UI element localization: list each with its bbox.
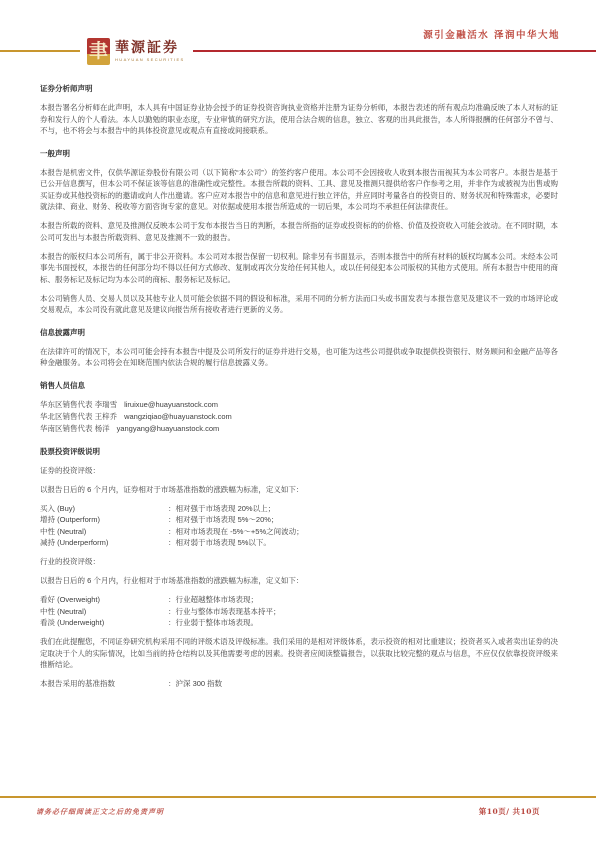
section-heading: 一般声明 [40, 148, 558, 160]
rating-definition: ：行业弱于整体市场表现。 [168, 617, 558, 629]
rating-label: 中性 (Neutral) [40, 526, 168, 538]
rating-row: 本报告采用的基准指数：沪深 300 指数 [40, 678, 558, 690]
document-body: 证券分析师声明本报告署名分析师在此声明，本人具有中国证券业协会授予的证券投资咨询… [40, 72, 558, 697]
paragraph: 以报告日后的 6 个月内，证券相对于市场基准指数的涨跌幅为标准，定义如下： [40, 484, 558, 496]
rating-label: 买入 (Buy) [40, 503, 168, 515]
company-name-en: HUAYUAN SECURITIES [115, 57, 185, 62]
rating-label: 增持 (Outperform) [40, 514, 168, 526]
rating-table: 买入 (Buy)：相对强于市场表现 20%以上；增持 (Outperform)：… [40, 503, 558, 549]
rating-row: 买入 (Buy)：相对强于市场表现 20%以上； [40, 503, 558, 515]
rating-label: 本报告采用的基准指数 [40, 678, 168, 690]
paragraph: 证券的投资评级： [40, 465, 558, 477]
rating-label: 减持 (Underperform) [40, 537, 168, 549]
sales-contact: 华南区销售代表 杨洋yangyang@huayuanstock.com [40, 423, 558, 435]
paragraph: 本报告所载的资料、意见及推测仅反映本公司于发布本报告当日的判断，本报告所指的证券… [40, 220, 558, 243]
rating-row: 中性 (Neutral)：相对市场表现在 -5%～+5%之间波动； [40, 526, 558, 538]
contact-role-name: 华东区销售代表 李瑞雪 [40, 400, 117, 409]
footer-page-info: 第10页/ 共10页 [479, 806, 540, 817]
paragraph: 本公司销售人员、交易人员以及其他专业人员可能会依据不同的假设和标准，采用不同的分… [40, 293, 558, 316]
section-heading: 销售人员信息 [40, 380, 558, 392]
rating-definition: ：相对强于市场表现 20%以上； [168, 503, 558, 515]
paragraph: 在法律许可的情况下，本公司可能会持有本报告中提及公司所发行的证券并进行交易，也可… [40, 346, 558, 369]
rating-table: 看好 (Overweight)：行业超越整体市场表现；中性 (Neutral)：… [40, 594, 558, 629]
rating-row: 看淡 (Underweight)：行业弱于整体市场表现。 [40, 617, 558, 629]
rating-row: 中性 (Neutral)：行业与整体市场表现基本持平； [40, 606, 558, 618]
paragraph: 以报告日后的 6 个月内，行业相对于市场基准指数的涨跌幅为标准，定义如下： [40, 575, 558, 587]
paragraph: 本报告署名分析师在此声明，本人具有中国证券业协会授予的证券投资咨询执业资格并注册… [40, 102, 558, 137]
rating-definition: ：沪深 300 指数 [168, 678, 558, 690]
rating-definition: ：相对强于市场表现 5%～20%； [168, 514, 558, 526]
contact-role-name: 华南区销售代表 杨洋 [40, 424, 110, 433]
rating-definition: ：行业超越整体市场表现； [168, 594, 558, 606]
rating-row: 看好 (Overweight)：行业超越整体市场表现； [40, 594, 558, 606]
company-seal-icon: 聿 [87, 38, 110, 65]
section-heading: 信息披露声明 [40, 327, 558, 339]
rating-definition: ：相对市场表现在 -5%～+5%之间波动； [168, 526, 558, 538]
contact-email[interactable]: yangyang@huayuanstock.com [117, 424, 220, 433]
rating-definition: ：相对弱于市场表现 5%以下。 [168, 537, 558, 549]
rating-label: 看淡 (Underweight) [40, 617, 168, 629]
sales-contact: 华东区销售代表 李瑞雪liruixue@huayuanstock.com [40, 399, 558, 411]
contact-email[interactable]: liruixue@huayuanstock.com [124, 400, 218, 409]
seal-glyph: 聿 [89, 38, 108, 65]
header-rule-red [193, 50, 596, 53]
paragraph: 本报告的版权归本公司所有，属于非公开资料。本公司对本报告保留一切权利。除非另有书… [40, 251, 558, 286]
company-name-cn: 華源証券 [115, 41, 185, 56]
contact-role-name: 华北区销售代表 王梓乔 [40, 412, 117, 421]
header-rule-row: 聿 華源証券 HUAYUAN SECURITIES [0, 36, 596, 66]
paragraph: 行业的投资评级： [40, 556, 558, 568]
rating-row: 增持 (Outperform)：相对强于市场表现 5%～20%； [40, 514, 558, 526]
paragraph: 我们在此提醒您，不同证券研究机构采用不同的评级术语及评级标准。我们采用的是相对评… [40, 636, 558, 671]
header-rule-gold [0, 50, 80, 53]
rating-label: 中性 (Neutral) [40, 606, 168, 618]
rating-row: 减持 (Underperform)：相对弱于市场表现 5%以下。 [40, 537, 558, 549]
section-heading: 证券分析师声明 [40, 83, 558, 95]
rating-label: 看好 (Overweight) [40, 594, 168, 606]
rating-definition: ：行业与整体市场表现基本持平； [168, 606, 558, 618]
sales-contact: 华北区销售代表 王梓乔wangziqiao@huayuanstock.com [40, 411, 558, 423]
company-logo: 聿 華源証券 HUAYUAN SECURITIES [87, 38, 185, 65]
footer-row: 请务必仔细阅读正文之后的免责声明 第10页/ 共10页 [0, 798, 596, 817]
page-footer: 请务必仔细阅读正文之后的免责声明 第10页/ 共10页 [0, 796, 596, 817]
logo-text: 華源証券 HUAYUAN SECURITIES [115, 41, 185, 62]
paragraph: 本报告是机密文件，仅供华源证券股份有限公司（以下简称“本公司”）的签约客户使用。… [40, 167, 558, 213]
rating-table: 本报告采用的基准指数：沪深 300 指数 [40, 678, 558, 690]
section-heading: 股票投资评级说明 [40, 446, 558, 458]
footer-disclaimer: 请务必仔细阅读正文之后的免责声明 [36, 807, 164, 817]
sales-contacts: 华东区销售代表 李瑞雪liruixue@huayuanstock.com华北区销… [40, 399, 558, 435]
report-page: 源引金融活水 泽润中华大地 聿 華源証券 HUAYUAN SECURITIES … [0, 0, 596, 842]
contact-email[interactable]: wangziqiao@huayuanstock.com [124, 412, 232, 421]
